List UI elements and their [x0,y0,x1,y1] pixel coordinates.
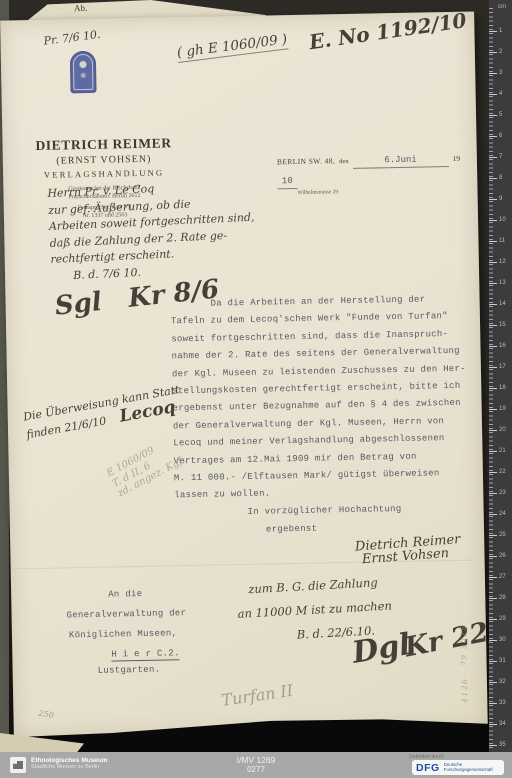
clerk-initial-left: Sgl [53,287,103,322]
ruler-cm-tick [489,577,497,578]
ruler-cm-tick [489,31,497,32]
ruler-cm-number: 30 [499,637,506,643]
ruler-cm-number: 12 [499,259,506,265]
recipient-line: Generalverwaltung der [66,603,186,625]
dfg-name-line2: Forschungsgemeinschaft [444,768,493,773]
recipient-address: An die Generalverwaltung der Königlichen… [66,583,187,678]
file-reference-left: ( gh E 1060/09 ) [176,31,288,63]
ruler-cm-number: 15 [499,322,506,328]
ruler-cm-number: 34 [499,721,506,727]
ruler-cm-number: 2 [499,49,502,55]
ruler-cm-number: 19 [499,406,506,412]
ruler-cm-number: 21 [499,448,506,454]
ruler-cm-number: 13 [499,280,506,286]
ruler-cm-tick [489,283,497,284]
ruler-cm-tick [489,136,497,137]
ruler-cm-number: 8 [499,175,502,181]
ruler-cm-tick [489,598,497,599]
ruler-cm-tick [489,73,497,74]
ruler-cm-number: 5 [499,112,502,118]
ruler-cm-tick [489,640,497,641]
digitization-footer: Ethnologisches Museum Staatliche Museen … [0,752,512,778]
publisher-name: DIETRICH REIMER [27,135,179,154]
dateline: BERLIN SW. 48, den 6.Juni 1910 Wilhelmst… [277,148,468,197]
ruler-cm-tick [489,661,497,662]
ruler-cm-tick [489,304,497,305]
underlying-page-label: Ab. [74,3,88,13]
ruler-cm-tick [489,199,497,200]
ruler-cm-tick [489,346,497,347]
ruler-cm-tick [489,52,497,53]
dateline-street: Wilhelmstrasse 29 [297,187,467,196]
ruler-cm-number: 7 [499,154,502,160]
ruler-cm-number: 14 [499,301,506,307]
dfg-logo: DFG [416,762,440,774]
dfg-logo-box: DFG Deutsche Forschungsgemeinschaft [412,760,504,775]
ruler-cm-number: 32 [499,679,506,685]
ruler-cm-number: 22 [499,469,506,475]
ruler-cm-tick [489,262,497,263]
closing-line-1: In vorzüglicher Hochachtung [248,504,402,517]
ruler-cm-tick [489,325,497,326]
ruler-cm-tick [489,493,497,494]
scanned-letter-view: Ab. Pr. 7/6 10. ( gh E 1060/09 ) E. No 1… [0,0,512,778]
ruler-cm-number: 33 [499,700,506,706]
ruler-cm-tick [489,535,497,536]
dateline-century: 19 [452,154,460,163]
recipient-line: Lustgarten. [98,663,188,678]
ruler-cm-number: 23 [499,490,506,496]
ruler-cm-tick [489,367,497,368]
ruler-cm-tick [489,514,497,515]
dateline-city: BERLIN SW. 48, [277,156,335,166]
inventory-number-vertical: 4126 · 79 3025 [458,578,469,703]
dfg-name: Deutsche Forschungsgemeinschaft [444,763,493,772]
publisher-emblem-icon [70,51,97,93]
ruler-mm-ticks [489,8,493,748]
ruler-cm-number: 10 [499,217,506,223]
ruler-cm-tick [489,619,497,620]
ruler-cm-tick [489,220,497,221]
ruler-cm-number: 20 [499,427,506,433]
letter-page: Pr. 7/6 10. ( gh E 1060/09 ) E. No 1192/… [0,12,488,739]
closing-line-2: ergebenst [266,524,317,535]
subject-pencil-note: Turfan II [220,681,294,710]
ruler-cm-tick [489,178,497,179]
recipient-line: Königlichen Museen, [69,623,187,645]
ruler-cm-number: 28 [499,595,506,601]
ruler-cm-number: 17 [499,364,506,370]
ruler-cm-tick [489,409,497,410]
recipient-line-city: H i e r C.2. [111,647,180,661]
dateline-date-typed: 6.Juni [384,155,417,166]
ruler-cm-tick [489,430,497,431]
ruler-cm-number: 25 [499,532,506,538]
ruler-cm-number: 6 [499,133,502,139]
ruler-cm-tick [489,241,497,242]
ruler-cm-tick [489,682,497,683]
ruler-cm-tick [489,157,497,158]
ruler-cm-tick [489,115,497,116]
registrar-note: Herrn Pr. v. Le Coq zur gef. Äußerung, o… [47,175,301,285]
ruler-cm-number: 11 [499,238,505,244]
recipient-line: An die [108,583,186,604]
ruler-cm-number: 29 [499,616,506,622]
file-reference-right: E. No 1192/10 [308,8,468,54]
ruler-cm-number: 18 [499,385,506,391]
letter-body: Da die Arbeiten an der Herstellung der T… [170,291,476,506]
ruler-cm-tick [489,388,497,389]
ruler-cm-number: 26 [499,553,506,559]
ruler-cm-tick [489,724,497,725]
dateline-den: den [339,158,349,165]
ruler-cm-tick [489,94,497,95]
ruler-cm-tick [489,745,497,746]
ruler-cm-number: 16 [499,343,506,349]
ruler-cm-number: 9 [499,196,502,202]
page-number-pencil: 250 [38,709,54,720]
ruler-cm-number: 35 [499,742,506,748]
approval-note: Die Überweisung kann Statt finden 21/6/1… [22,381,184,443]
publisher-subname: (ERNST VOHSEN) [28,153,180,167]
ruler-cm-tick [489,556,497,557]
ruler: cm 1234567891011121314151617181920212223… [489,0,512,752]
ruler-cm-number: 24 [499,511,506,517]
received-date-note: Pr. 7/6 10. [43,28,101,48]
ruler-cm-number: 1 [499,28,502,34]
ruler-cm-tick [489,472,497,473]
ruler-cm-number: 27 [499,574,506,580]
ruler-cm-number: 31 [499,658,506,664]
ruler-cm-tick [489,451,497,452]
ruler-cm-tick [489,703,497,704]
ruler-unit-label: cm [498,4,506,10]
ruler-cm-number: 3 [499,70,502,76]
ruler-cm-number: 4 [499,91,502,97]
